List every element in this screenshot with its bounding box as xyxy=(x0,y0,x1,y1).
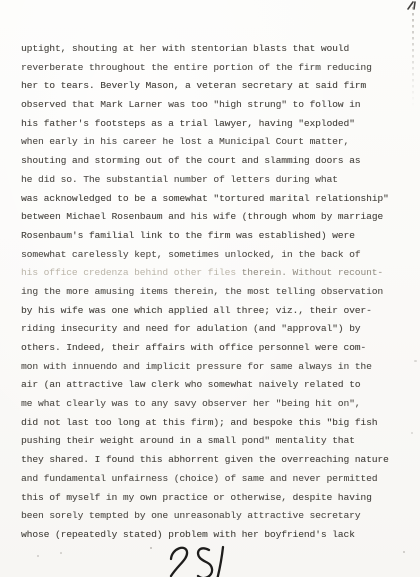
typewritten-line: observed that Mark Larner was too "high … xyxy=(21,96,409,115)
typewritten-line: they shared. I found this abhorrent give… xyxy=(21,451,409,470)
typewritten-line: mon with innuendo and implicit pressure … xyxy=(21,358,409,377)
typewritten-line: air (an attractive law clerk who somewha… xyxy=(21,376,409,395)
typewritten-line: when early in his career he lost a Munic… xyxy=(21,133,409,152)
typewritten-line: he did so. The substantial number of let… xyxy=(21,171,409,190)
noise-speck xyxy=(414,360,417,362)
noise-speck xyxy=(403,551,405,553)
typewritten-line: riding insecurity and need for adulation… xyxy=(21,320,409,339)
typewritten-line: and fundamental unfairness (choice) of s… xyxy=(21,470,409,489)
typewritten-line: this of myself in my own practice or oth… xyxy=(21,489,409,508)
typewritten-line: whose (repeatedly stated) problem with h… xyxy=(21,526,409,545)
noise-speck xyxy=(60,552,62,554)
medium-text-segment: therein. Without recount- xyxy=(242,267,383,278)
typewritten-line: did not last too long at this firm); and… xyxy=(21,414,409,433)
typewritten-line: others. Indeed, their affairs with offic… xyxy=(21,339,409,358)
typewritten-line: been sorely tempted by one unreasonably … xyxy=(21,507,409,526)
binding-edge-dashes xyxy=(412,7,414,109)
scanned-document-page: uptight, shouting at her with stentorian… xyxy=(0,0,420,577)
typewritten-line: ing the more amusing items therein, the … xyxy=(21,283,409,302)
noise-speck xyxy=(150,547,152,549)
typewritten-line-faded: his office credenza behind other files t… xyxy=(21,264,409,283)
noise-speck xyxy=(37,555,39,557)
typewritten-line: me what clearly was to any savy observer… xyxy=(21,395,409,414)
typewritten-paragraph: uptight, shouting at her with stentorian… xyxy=(21,40,409,545)
typewritten-line: shouting and storming out of the court a… xyxy=(21,152,409,171)
typewritten-line: reverberate throughout the entire portio… xyxy=(21,59,409,78)
typewritten-line: was acknowledged to be a somewhat "tortu… xyxy=(21,190,409,209)
faded-text-segment: his office credenza behind other files xyxy=(21,267,242,278)
typewritten-line: between Michael Rosenbaum and his wife (… xyxy=(21,208,409,227)
noise-speck xyxy=(411,432,413,434)
typewritten-line: her to tears. Beverly Mason, a veteran s… xyxy=(21,77,409,96)
typewritten-line: pushing their weight around in a small p… xyxy=(21,432,409,451)
typewritten-line: Rosenbaum's familial link to the firm wa… xyxy=(21,227,409,246)
typewritten-line: by his wife was one which applied all th… xyxy=(21,302,409,321)
handwritten-page-number xyxy=(164,543,234,577)
typewritten-line: his father's footsteps as a trial lawyer… xyxy=(21,115,409,134)
typewritten-line: somewhat carelessly kept, sometimes unlo… xyxy=(21,246,409,265)
typewritten-line: uptight, shouting at her with stentorian… xyxy=(21,40,409,59)
